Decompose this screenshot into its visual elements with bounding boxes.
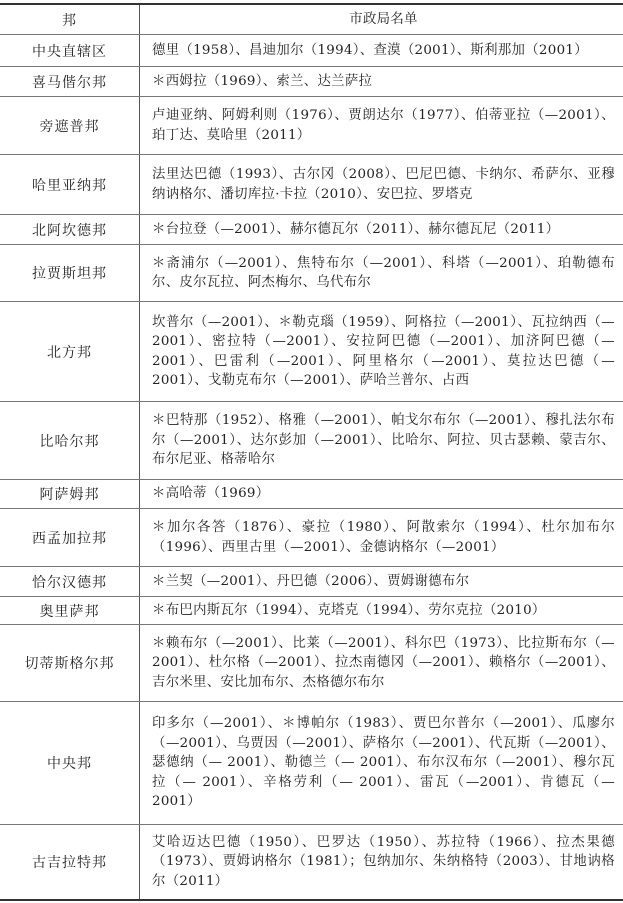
municipality-list: 法里达巴德（1993）、古尔冈（2008）、巴尼巴德、卡纳尔、希萨尔、亚穆纳讷格… — [152, 165, 615, 204]
municipality-list-cell: ＊高哈蒂（1969） — [140, 480, 623, 508]
state-cell: 奥里萨邦 — [0, 597, 140, 624]
municipality-list: ＊斋浦尔（—2001）、焦特布尔（—2001）、科塔（—2001）、珀勒德布尔、… — [152, 254, 615, 293]
table-row: 喜马偕尔邦＊西姆拉（1969）、索兰、达兰萨拉 — [0, 67, 623, 97]
state-cell: 哈里亚纳邦 — [0, 155, 140, 214]
municipality-list: ＊加尔各答（1876）、豪拉（1980）、阿散索尔（1994）、杜尔加布尔（19… — [152, 518, 615, 557]
header-state-label: 邦 — [62, 10, 77, 30]
table-row: 古吉拉特邦艾哈迈达巴德（1950）、巴罗达（1950）、苏拉特（1966）、拉杰… — [0, 825, 623, 899]
state-name: 中央邦 — [47, 753, 92, 773]
municipality-list: ＊高哈蒂（1969） — [152, 484, 615, 504]
municipality-list: ＊台拉登（—2001）、赫尔德瓦尔（2011）、赫尔德瓦尼（2011） — [152, 220, 615, 240]
header-list: 市政局名单 — [140, 5, 623, 34]
municipality-list-cell: ＊台拉登（—2001）、赫尔德瓦尔（2011）、赫尔德瓦尼（2011） — [140, 215, 623, 244]
state-cell: 北方邦 — [0, 302, 140, 401]
municipality-list: 艾哈迈达巴德（1950）、巴罗达（1950）、苏拉特（1966）、拉杰果德（19… — [152, 833, 615, 892]
state-name: 中央直辖区 — [32, 41, 107, 61]
state-name: 阿萨姆邦 — [40, 484, 100, 504]
municipality-list-cell: 艾哈迈达巴德（1950）、巴罗达（1950）、苏拉特（1966）、拉杰果德（19… — [140, 825, 623, 899]
state-cell: 古吉拉特邦 — [0, 825, 140, 899]
municipality-list-cell: 卢迪亚纳、阿姆利则（1976）、贾朗达尔（1977）、伯蒂亚拉（—2001）、珀… — [140, 97, 623, 154]
state-name: 恰尔汉德邦 — [32, 572, 107, 592]
table-row: 西孟加拉邦＊加尔各答（1876）、豪拉（1980）、阿散索尔（1994）、杜尔加… — [0, 509, 623, 567]
table-header-row: 邦 市政局名单 — [0, 5, 623, 35]
municipality-list-cell: ＊斋浦尔（—2001）、焦特布尔（—2001）、科塔（—2001）、珀勒德布尔、… — [140, 245, 623, 301]
municipality-list-cell: 法里达巴德（1993）、古尔冈（2008）、巴尼巴德、卡纳尔、希萨尔、亚穆纳讷格… — [140, 155, 623, 214]
state-cell: 北阿坎德邦 — [0, 215, 140, 244]
municipality-list-cell: ＊西姆拉（1969）、索兰、达兰萨拉 — [140, 67, 623, 96]
municipality-list-cell: 印多尔（—2001）、＊博帕尔（1983）、贾巴尔普尔（—2001）、瓜廖尔（—… — [140, 702, 623, 824]
table-row: 北阿坎德邦＊台拉登（—2001）、赫尔德瓦尔（2011）、赫尔德瓦尼（2011） — [0, 215, 623, 245]
state-name: 喜马偕尔邦 — [32, 72, 107, 92]
municipality-list-cell: ＊加尔各答（1876）、豪拉（1980）、阿散索尔（1994）、杜尔加布尔（19… — [140, 509, 623, 566]
state-cell: 比哈尔邦 — [0, 402, 140, 479]
table-row: 北方邦坎普尔（—2001）、＊勒克瑙（1959）、阿格拉（—2001）、瓦拉纳西… — [0, 302, 623, 402]
table-row: 切蒂斯格尔邦＊赖布尔（—2001）、比莱（—2001）、科尔巴（1973）、比拉… — [0, 625, 623, 702]
municipality-list: 卢迪亚纳、阿姆利则（1976）、贾朗达尔（1977）、伯蒂亚拉（—2001）、珀… — [152, 106, 615, 145]
state-cell: 恰尔汉德邦 — [0, 567, 140, 596]
municipality-list: ＊巴特那（1952）、格雅（—2001）、帕戈尔布尔（—2001）、穆扎法尔布尔… — [152, 411, 615, 470]
table-row: 恰尔汉德邦＊兰契（—2001）、丹巴德（2006）、贾姆谢德布尔 — [0, 567, 623, 597]
state-name: 切蒂斯格尔邦 — [25, 653, 115, 673]
municipality-list: ＊赖布尔（—2001）、比莱（—2001）、科尔巴（1973）、比拉斯布尔（—2… — [152, 634, 615, 693]
state-cell: 西孟加拉邦 — [0, 509, 140, 566]
municipality-list-cell: ＊布巴内斯瓦尔（1994）、克塔克（1994）、劳尔克拉（2010） — [140, 597, 623, 624]
municipality-list-cell: ＊巴特那（1952）、格雅（—2001）、帕戈尔布尔（—2001）、穆扎法尔布尔… — [140, 402, 623, 479]
state-name: 北阿坎德邦 — [32, 220, 107, 240]
municipality-list: ＊西姆拉（1969）、索兰、达兰萨拉 — [152, 72, 615, 92]
municipality-list: ＊兰契（—2001）、丹巴德（2006）、贾姆谢德布尔 — [152, 572, 615, 592]
header-list-label: 市政局名单 — [152, 10, 615, 30]
header-state: 邦 — [0, 5, 140, 34]
state-cell: 切蒂斯格尔邦 — [0, 625, 140, 701]
state-name: 比哈尔邦 — [40, 431, 100, 451]
table-row: 旁遮普邦卢迪亚纳、阿姆利则（1976）、贾朗达尔（1977）、伯蒂亚拉（—200… — [0, 97, 623, 155]
municipality-list: 德里（1958）、昌迪加尔（1994）、查漠（2001）、斯利那加（2001） — [152, 41, 615, 61]
state-name: 北方邦 — [47, 342, 92, 362]
table-row: 哈里亚纳邦法里达巴德（1993）、古尔冈（2008）、巴尼巴德、卡纳尔、希萨尔、… — [0, 155, 623, 215]
state-name: 哈里亚纳邦 — [32, 175, 107, 195]
state-cell: 中央邦 — [0, 702, 140, 824]
table-row: 阿萨姆邦＊高哈蒂（1969） — [0, 480, 623, 509]
municipality-list: 印多尔（—2001）、＊博帕尔（1983）、贾巴尔普尔（—2001）、瓜廖尔（—… — [152, 714, 615, 812]
state-cell: 喜马偕尔邦 — [0, 67, 140, 96]
municipality-list-cell: ＊赖布尔（—2001）、比莱（—2001）、科尔巴（1973）、比拉斯布尔（—2… — [140, 625, 623, 701]
municipality-list: 坎普尔（—2001）、＊勒克瑙（1959）、阿格拉（—2001）、瓦拉纳西（—2… — [152, 313, 615, 391]
state-name: 古吉拉特邦 — [32, 852, 107, 872]
municipality-list: ＊布巴内斯瓦尔（1994）、克塔克（1994）、劳尔克拉（2010） — [152, 601, 615, 621]
state-cell: 旁遮普邦 — [0, 97, 140, 154]
table-row: 奥里萨邦＊布巴内斯瓦尔（1994）、克塔克（1994）、劳尔克拉（2010） — [0, 597, 623, 625]
state-cell: 中央直辖区 — [0, 35, 140, 66]
table-row: 中央邦印多尔（—2001）、＊博帕尔（1983）、贾巴尔普尔（—2001）、瓜廖… — [0, 702, 623, 825]
state-name: 西孟加拉邦 — [32, 528, 107, 548]
table-row: 比哈尔邦＊巴特那（1952）、格雅（—2001）、帕戈尔布尔（—2001）、穆扎… — [0, 402, 623, 480]
municipality-list-cell: ＊兰契（—2001）、丹巴德（2006）、贾姆谢德布尔 — [140, 567, 623, 596]
state-name: 奥里萨邦 — [40, 601, 100, 621]
table-row: 中央直辖区德里（1958）、昌迪加尔（1994）、查漠（2001）、斯利那加（2… — [0, 35, 623, 67]
state-name: 拉贾斯坦邦 — [32, 263, 107, 283]
state-name: 旁遮普邦 — [40, 116, 100, 136]
state-cell: 阿萨姆邦 — [0, 480, 140, 508]
table-row: 拉贾斯坦邦＊斋浦尔（—2001）、焦特布尔（—2001）、科塔（—2001）、珀… — [0, 245, 623, 302]
municipal-corporation-table: 邦 市政局名单 中央直辖区德里（1958）、昌迪加尔（1994）、查漠（2001… — [0, 3, 623, 901]
municipality-list-cell: 德里（1958）、昌迪加尔（1994）、查漠（2001）、斯利那加（2001） — [140, 35, 623, 66]
municipality-list-cell: 坎普尔（—2001）、＊勒克瑙（1959）、阿格拉（—2001）、瓦拉纳西（—2… — [140, 302, 623, 401]
state-cell: 拉贾斯坦邦 — [0, 245, 140, 301]
